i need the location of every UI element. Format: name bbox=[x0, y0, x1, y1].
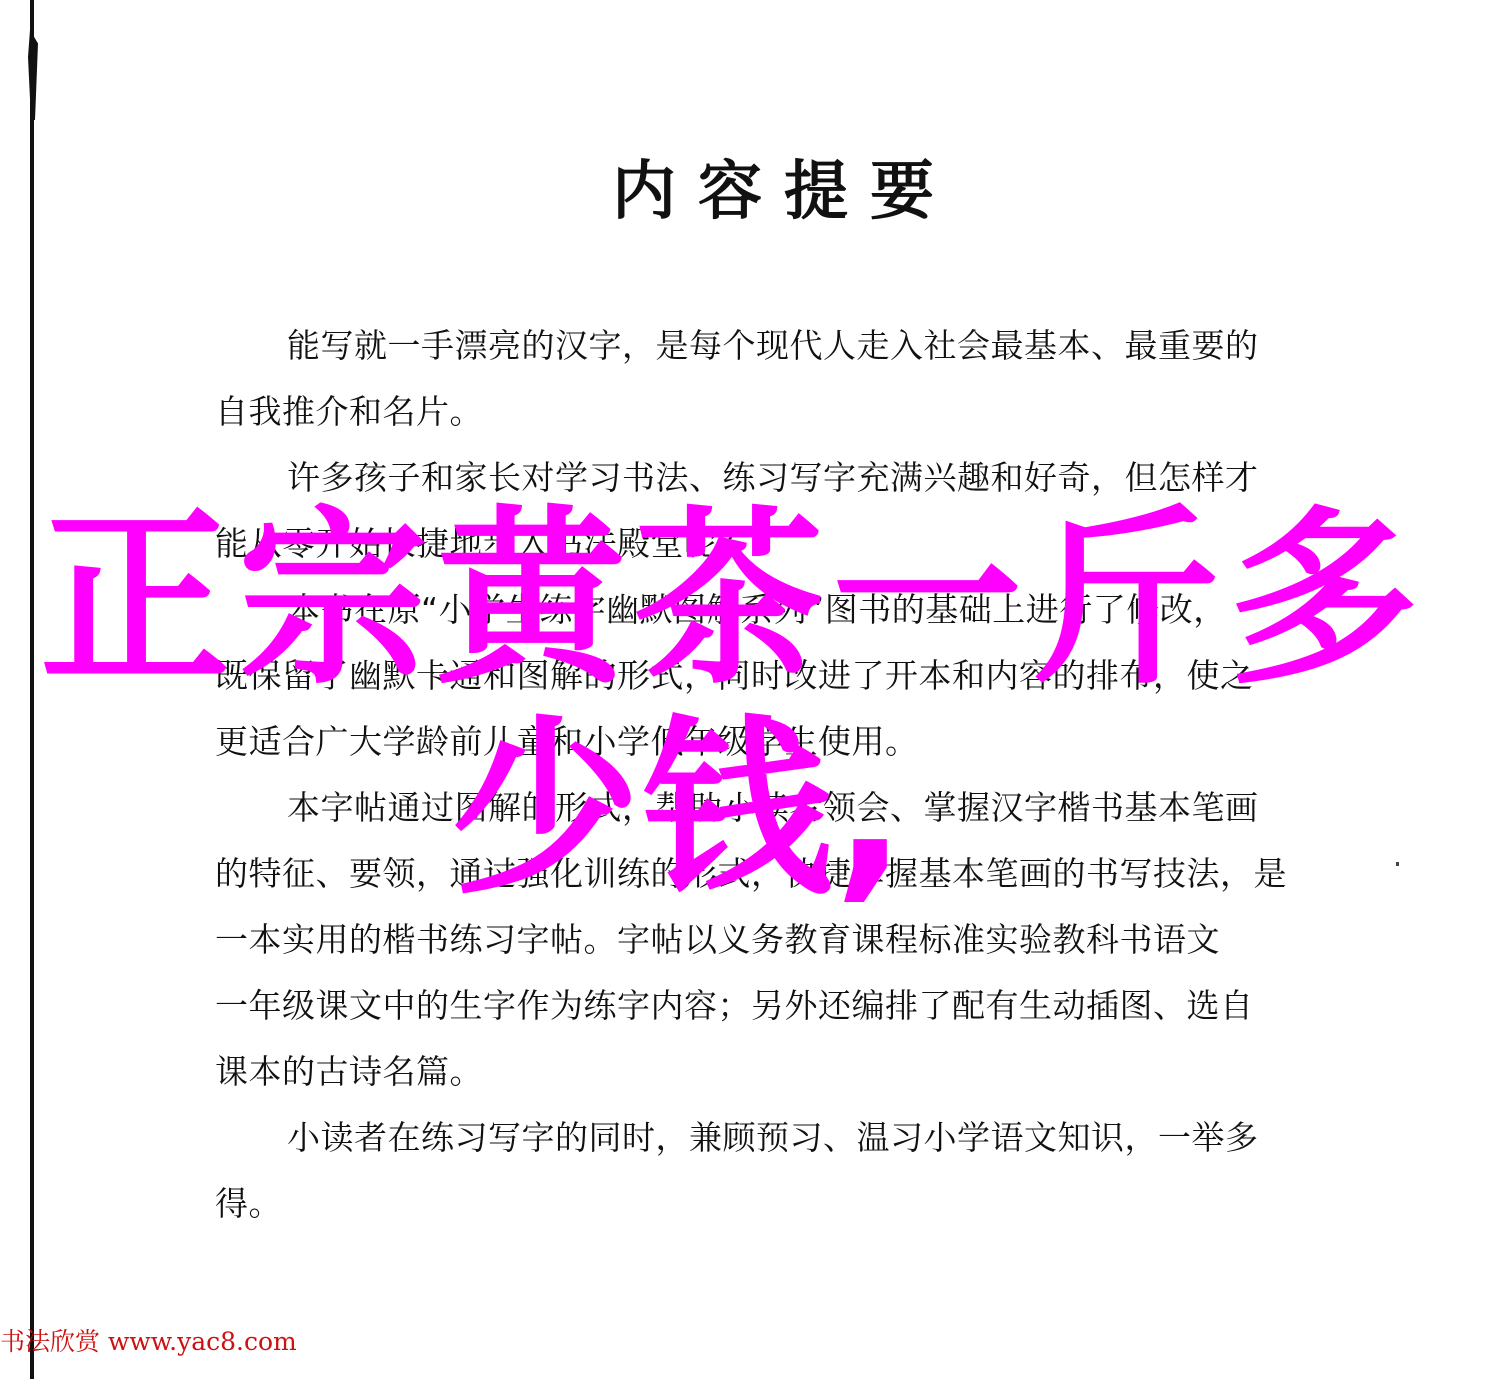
page-title: 内容提要 bbox=[612, 140, 956, 232]
paragraph-4-line-3: 一本实用的楷书练习字帖。字帖以义务教育课程标准实验教科书语文 bbox=[215, 920, 1220, 960]
scan-speck bbox=[1396, 862, 1399, 866]
paragraph-5-line-2: 得。 bbox=[215, 1184, 282, 1224]
paragraph-4-line-5: 课本的古诗名篇。 bbox=[215, 1052, 483, 1092]
overlay-headline-line-2: 少钱, bbox=[450, 715, 908, 905]
site-watermark: 书法欣赏 www.yac8.com bbox=[0, 1322, 297, 1358]
overlay-headline-line-1: 正宗黄茶一斤多 bbox=[40, 505, 1426, 695]
paragraph-4-line-4: 一年级课文中的生字作为练字内容；另外还编排了配有生动插图、选自 bbox=[215, 986, 1254, 1026]
paragraph-1-line-2: 自我推介和名片。 bbox=[215, 392, 483, 432]
paragraph-1-line-1: 能写就一手漂亮的汉字，是每个现代人走入社会最基本、最重要的 bbox=[287, 326, 1259, 366]
page-binding-edge bbox=[30, 0, 34, 1379]
paragraph-5-line-1: 小读者在练习写字的同时，兼顾预习、温习小学语文知识，一举多 bbox=[287, 1118, 1259, 1158]
